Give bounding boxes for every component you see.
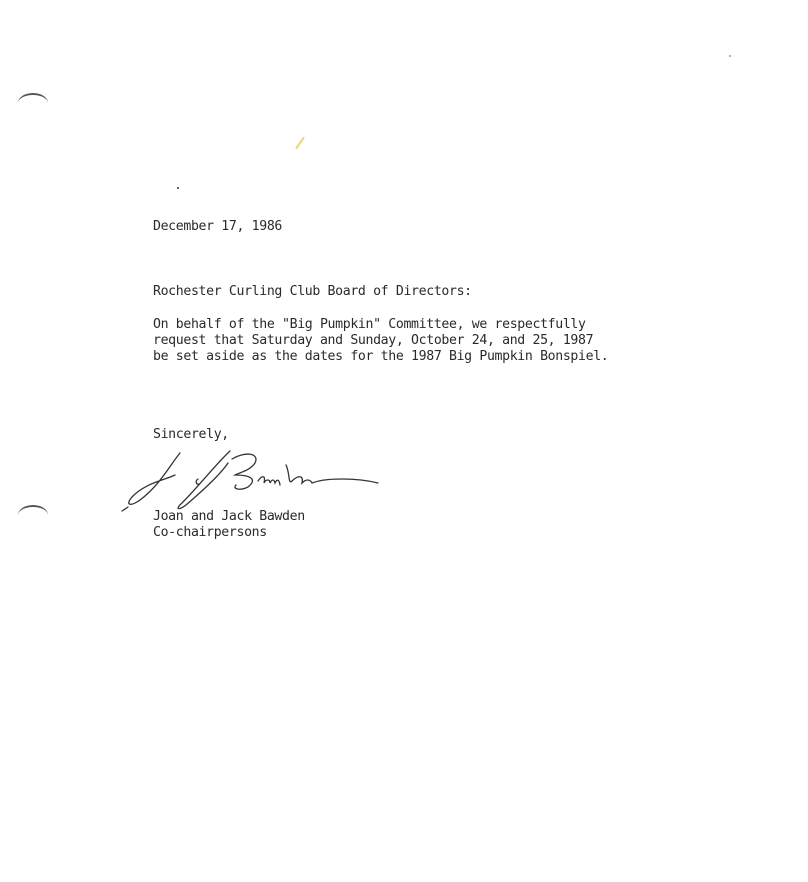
highlighter-mark [295,137,305,150]
letter-body-line: On behalf of the "Big Pumpkin" Committee… [153,317,586,333]
letter-date: December 17, 1986 [153,219,282,235]
signatory-names: Joan and Jack Bawden [153,509,305,525]
letter-closing: Sincerely, [153,427,229,443]
handwritten-signature [120,445,390,515]
speck [177,187,179,189]
letter-body-line: request that Saturday and Sunday, Octobe… [153,333,593,349]
signatory-title: Co-chairpersons [153,525,267,541]
binder-hole-mark-bottom [18,505,48,525]
letter-body-line: be set aside as the dates for the 1987 B… [153,349,608,365]
letter-salutation: Rochester Curling Club Board of Director… [153,284,472,300]
speck [729,55,731,57]
letter-page: December 17, 1986 Rochester Curling Club… [0,0,808,882]
binder-hole-mark-top [18,93,48,113]
